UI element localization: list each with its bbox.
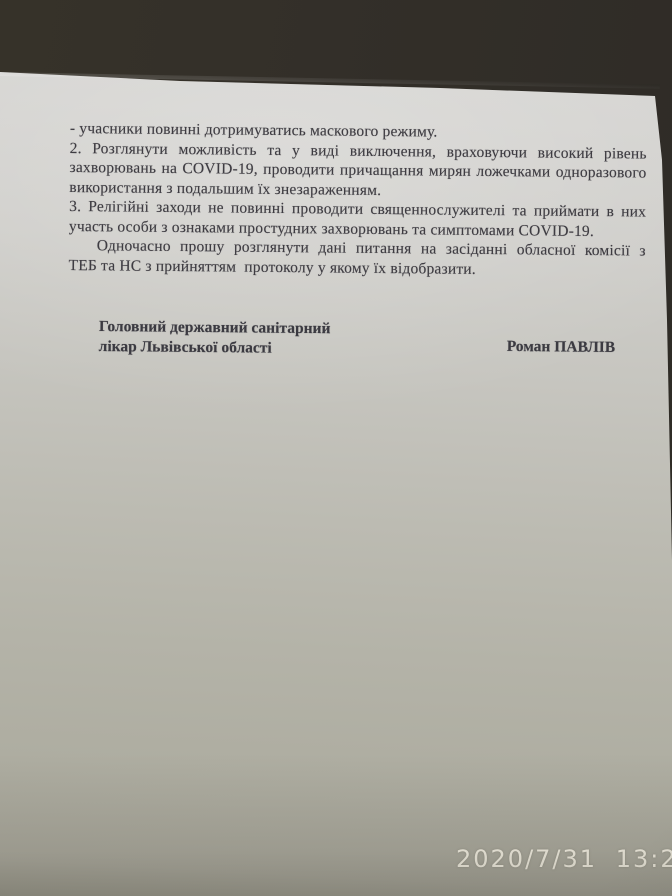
document-body-text: - учасники повинні дотримуватись масково… bbox=[69, 119, 647, 281]
signatory-name: Роман ПАВЛІВ bbox=[507, 337, 616, 358]
signature-block: Головний державний санітарний лікар Льві… bbox=[99, 317, 644, 366]
camera-timestamp: 2020/7/31 13:20 bbox=[456, 845, 672, 873]
document-photo: - учасники повинні дотримуватись масково… bbox=[0, 0, 672, 896]
